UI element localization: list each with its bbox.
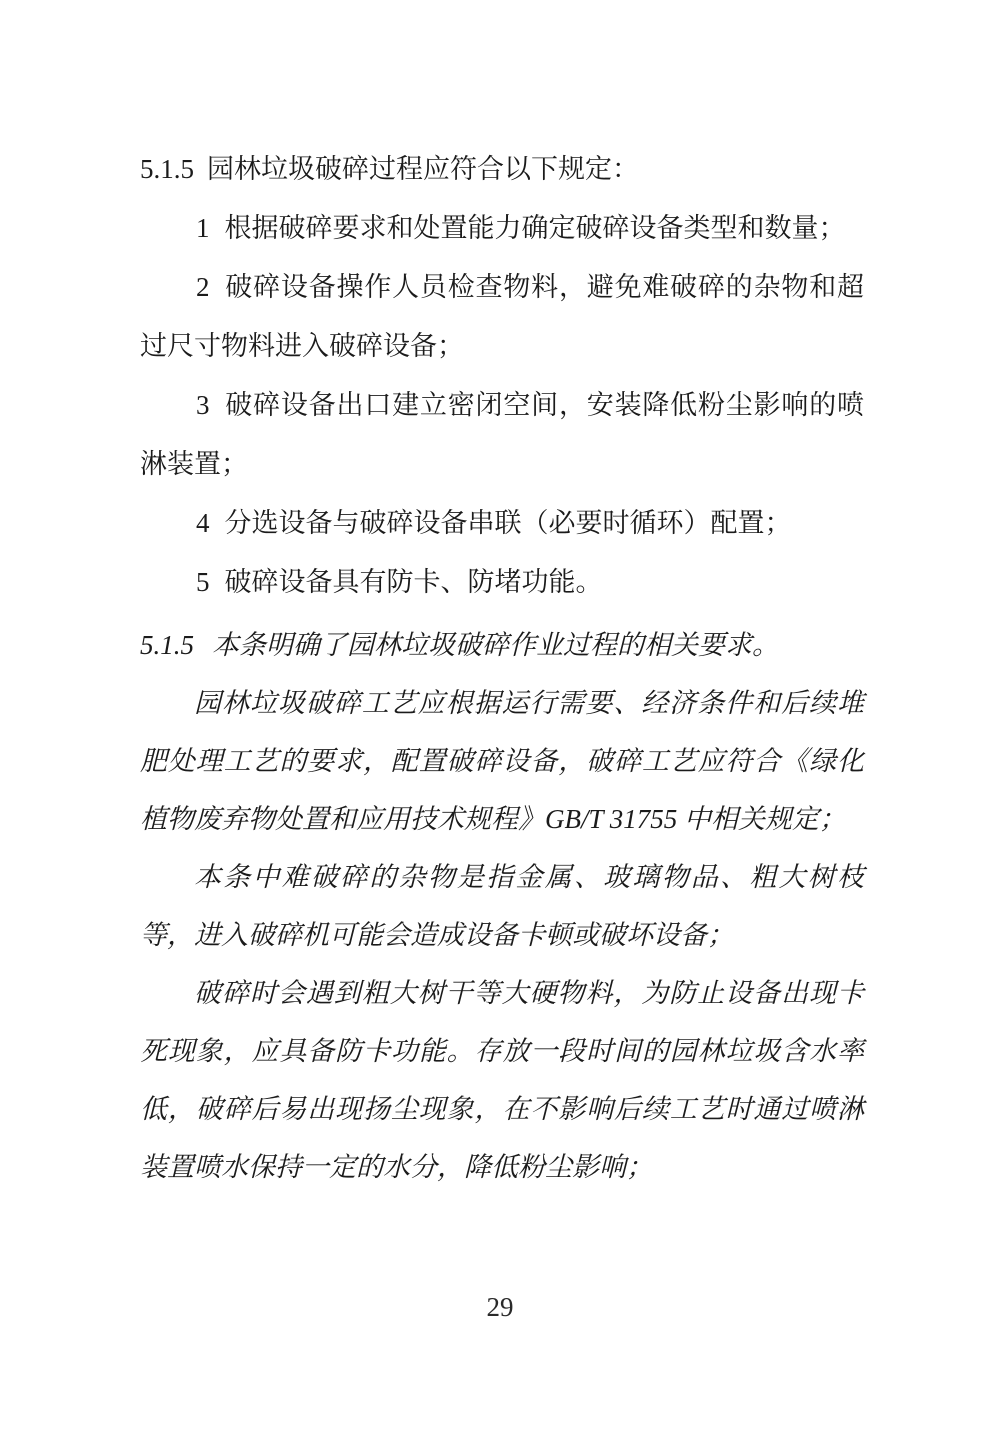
commentary-paragraph: 本条中难破碎的杂物是指金属、玻璃物品、粗大树枝等，进入破碎机可能会造成设备卡顿或… (140, 848, 864, 964)
clause-item: 1根据破碎要求和处置能力确定破碎设备类型和数量； (140, 199, 864, 258)
item-number: 4 (196, 508, 210, 538)
document-page: 5.1.5园林垃圾破碎过程应符合以下规定： 1根据破碎要求和处置能力确定破碎设备… (0, 0, 1000, 1450)
commentary-lead: 本条明确了园林垃圾破碎作业过程的相关要求。 (212, 630, 779, 660)
item-text: 破碎设备具有防卡、防堵功能。 (225, 567, 603, 597)
clause-item: 4分选设备与破碎设备串联（必要时循环）配置； (140, 494, 864, 553)
commentary-block: 5.1.5本条明确了园林垃圾破碎作业过程的相关要求。 园林垃圾破碎工艺应根据运行… (140, 616, 864, 1196)
clause-item: 3破碎设备出口建立密闭空间，安装降低粉尘影响的喷淋装置； (140, 376, 864, 494)
item-text: 分选设备与破碎设备串联（必要时循环）配置； (225, 508, 792, 538)
item-number: 3 (196, 390, 210, 420)
clause-heading: 5.1.5园林垃圾破碎过程应符合以下规定： (140, 140, 864, 199)
commentary-paragraph: 破碎时会遇到粗大树干等大硬物料，为防止设备出现卡死现象，应具备防卡功能。存放一段… (140, 964, 864, 1196)
clause-block: 5.1.5园林垃圾破碎过程应符合以下规定： 1根据破碎要求和处置能力确定破碎设备… (140, 140, 864, 612)
item-text: 破碎设备操作人员检查物料，避免难破碎的杂物和超过尺寸物料进入破碎设备； (140, 272, 864, 361)
item-number: 1 (196, 213, 210, 243)
clause-title: 园林垃圾破碎过程应符合以下规定： (207, 154, 639, 184)
clause-item: 5破碎设备具有防卡、防堵功能。 (140, 553, 864, 612)
commentary-heading: 5.1.5本条明确了园林垃圾破碎作业过程的相关要求。 (140, 616, 864, 674)
item-number: 5 (196, 567, 210, 597)
commentary-paragraph: 园林垃圾破碎工艺应根据运行需要、经济条件和后续堆肥处理工艺的要求，配置破碎设备，… (140, 674, 864, 848)
page-number: 29 (0, 1292, 1000, 1323)
item-text: 破碎设备出口建立密闭空间，安装降低粉尘影响的喷淋装置； (140, 390, 864, 479)
clause-item: 2破碎设备操作人员检查物料，避免难破碎的杂物和超过尺寸物料进入破碎设备； (140, 258, 864, 376)
page-content: 5.1.5园林垃圾破碎过程应符合以下规定： 1根据破碎要求和处置能力确定破碎设备… (140, 140, 864, 1196)
commentary-number: 5.1.5 (140, 630, 194, 660)
item-number: 2 (196, 272, 210, 302)
clause-number: 5.1.5 (140, 154, 194, 184)
item-text: 根据破碎要求和处置能力确定破碎设备类型和数量； (225, 213, 846, 243)
